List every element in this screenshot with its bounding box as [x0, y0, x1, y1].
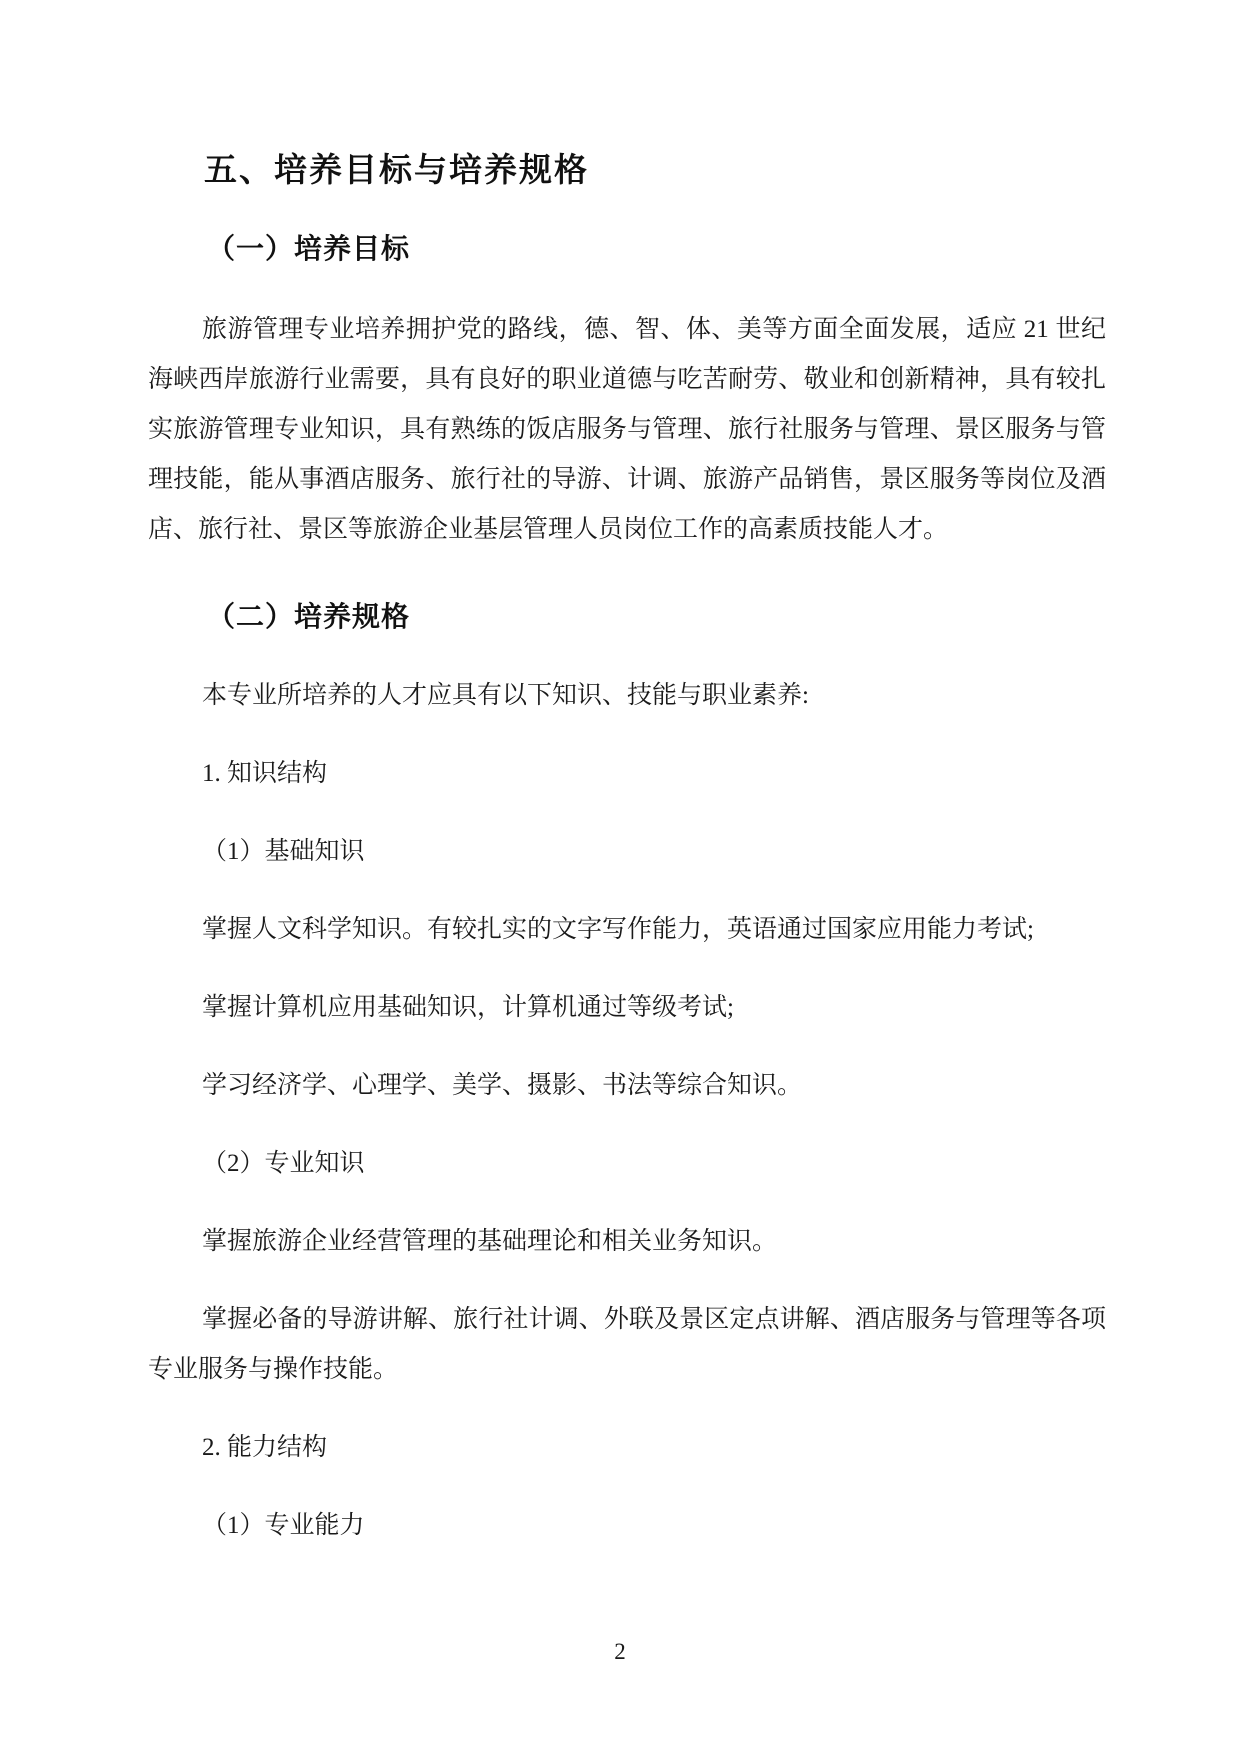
document-page: 五、培养目标与培养规格 （一）培养目标 旅游管理专业培养拥护党的路线，德、智、体… — [0, 0, 1240, 1754]
page-number: 2 — [0, 1638, 1240, 1666]
tourism-management-knowledge-paragraph: 掌握旅游企业经营管理的基础理论和相关业务知识。 — [148, 1217, 1106, 1267]
training-spec-intro-paragraph: 本专业所培养的人才应具有以下知识、技能与职业素养: — [148, 671, 1106, 721]
comprehensive-knowledge-paragraph: 学习经济学、心理学、美学、摄影、书法等综合知识。 — [148, 1061, 1106, 1111]
ability-structure-heading: 2. 能力结构 — [148, 1423, 1106, 1473]
professional-ability-heading: （1）专业能力 — [148, 1501, 1106, 1551]
computer-knowledge-paragraph: 掌握计算机应用基础知识，计算机通过等级考试; — [148, 983, 1106, 1033]
main-heading: 五、培养目标与培养规格 — [148, 145, 1106, 195]
document-content: 五、培养目标与培养规格 （一）培养目标 旅游管理专业培养拥护党的路线，德、智、体… — [148, 145, 1106, 1551]
humanities-knowledge-paragraph: 掌握人文科学知识。有较扎实的文字写作能力，英语通过国家应用能力考试; — [148, 905, 1106, 955]
training-objective-paragraph: 旅游管理专业培养拥护党的路线，德、智、体、美等方面全面发展，适应 21 世纪海峡… — [148, 305, 1106, 555]
subsection-heading-training-spec: （二）培养规格 — [148, 593, 1106, 643]
basic-knowledge-heading: （1）基础知识 — [148, 827, 1106, 877]
subsection-heading-training-objective: （一）培养目标 — [148, 225, 1106, 275]
professional-skills-paragraph: 掌握必备的导游讲解、旅行社计调、外联及景区定点讲解、酒店服务与管理等各项专业服务… — [148, 1295, 1106, 1395]
knowledge-structure-heading: 1. 知识结构 — [148, 749, 1106, 799]
professional-knowledge-heading: （2）专业知识 — [148, 1139, 1106, 1189]
